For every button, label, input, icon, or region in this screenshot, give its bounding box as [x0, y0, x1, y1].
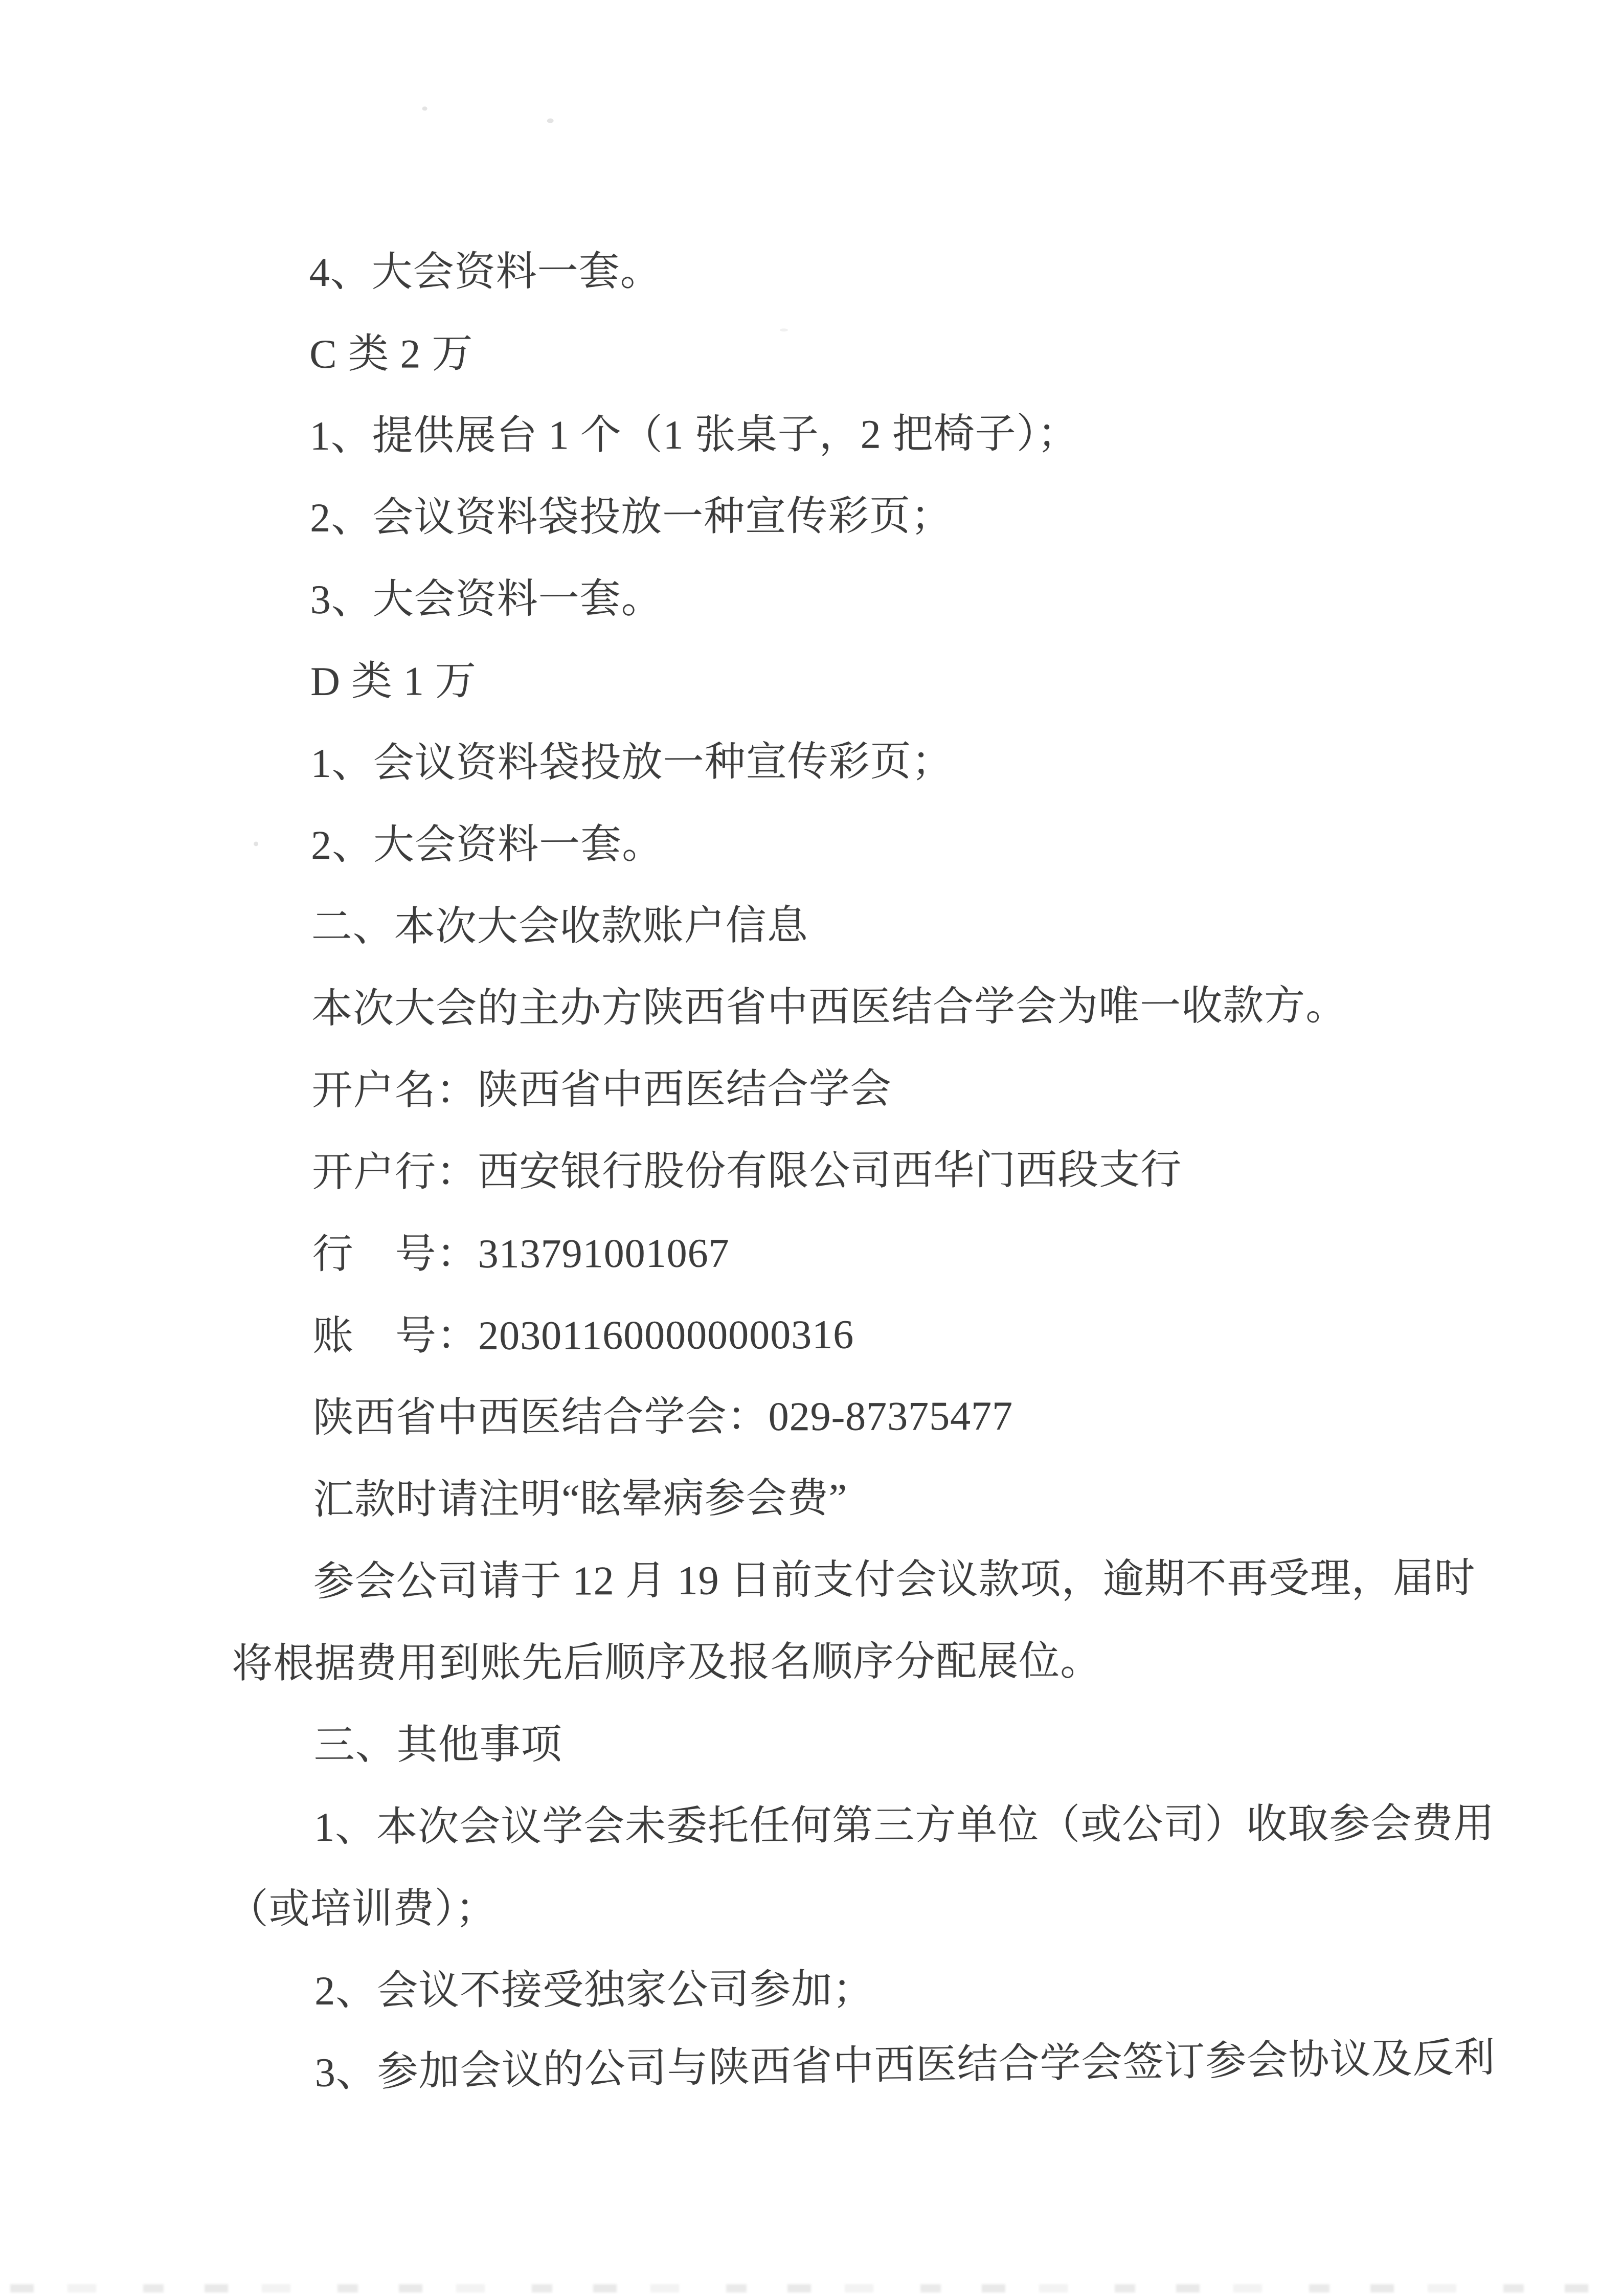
tier-c-item-3-line: 3、大会资料一套。 — [310, 578, 663, 620]
section-3-heading-line: 三、其他事项 — [314, 1725, 562, 1767]
tier-c-heading-line: C 类 2 万 — [309, 333, 474, 375]
bank-name-line: 开户行：西安银行股份有限公司西华门西段支行 — [312, 1150, 1182, 1193]
scan-speckle — [422, 106, 427, 110]
other-item-1-line-1: 1、本次会议学会未委托任何第三方单位（或公司）收取参会费用 — [314, 1803, 1495, 1848]
payment-deadline-line-1: 参会公司请于 12 月 19 日前支付会议款项，逾期不再受理，届时 — [313, 1558, 1476, 1602]
bank-number-line: 行 号：313791001067 — [312, 1233, 730, 1276]
page-bottom-scan-artifact — [10, 2284, 1606, 2292]
other-item-1-line-2: （或培训费）； — [228, 1888, 497, 1930]
account-name-line: 开户名：陕西省中西医结合学会 — [312, 1069, 892, 1112]
benefit-item-4-line: 4、大会资料一套。 — [309, 251, 661, 293]
payee-statement-line: 本次大会的主办方陕西省中西医结合学会为唯一收款方。 — [311, 986, 1347, 1030]
payment-deadline-line-2: 将根据费用到账先后顺序及报名顺序分配展位。 — [232, 1641, 1101, 1684]
section-2-heading-line: 二、本次大会收款账户信息 — [311, 905, 808, 948]
scan-speckle — [780, 328, 788, 331]
tier-c-item-1-line: 1、提供展台 1 个（1 张桌子，2 把椅子）； — [309, 413, 1078, 457]
scan-speckle — [254, 841, 258, 846]
other-item-2-line: 2、会议不接受独家公司参加； — [314, 1969, 874, 2012]
tier-d-item-1-line: 1、会议资料袋投放一种宣传彩页； — [311, 741, 953, 784]
tier-d-heading-line: D 类 1 万 — [310, 661, 477, 702]
remittance-note-line: 汇款时请注明“眩晕病参会费” — [313, 1478, 847, 1521]
other-item-3-line: 3、参加会议的公司与陕西省中西医结合学会签订参会协议及反利 — [314, 2038, 1496, 2093]
contact-phone-line: 陕西省中西医结合学会：029-87375477 — [313, 1396, 1013, 1439]
tier-d-item-2-line: 2、大会资料一套。 — [311, 824, 663, 866]
document-body: 4、大会资料一套。 C 类 2 万 1、提供展台 1 个（1 张桌子，2 把椅子… — [0, 0, 1623, 2296]
tier-c-item-2-line: 2、会议资料袋投放一种宣传彩页； — [310, 496, 952, 539]
account-number-line: 账 号：203011600000000316 — [312, 1314, 854, 1357]
scanned-document-page: 4、大会资料一套。 C 类 2 万 1、提供展台 1 个（1 张桌子，2 把椅子… — [0, 0, 1623, 2296]
scan-speckle — [547, 119, 554, 123]
